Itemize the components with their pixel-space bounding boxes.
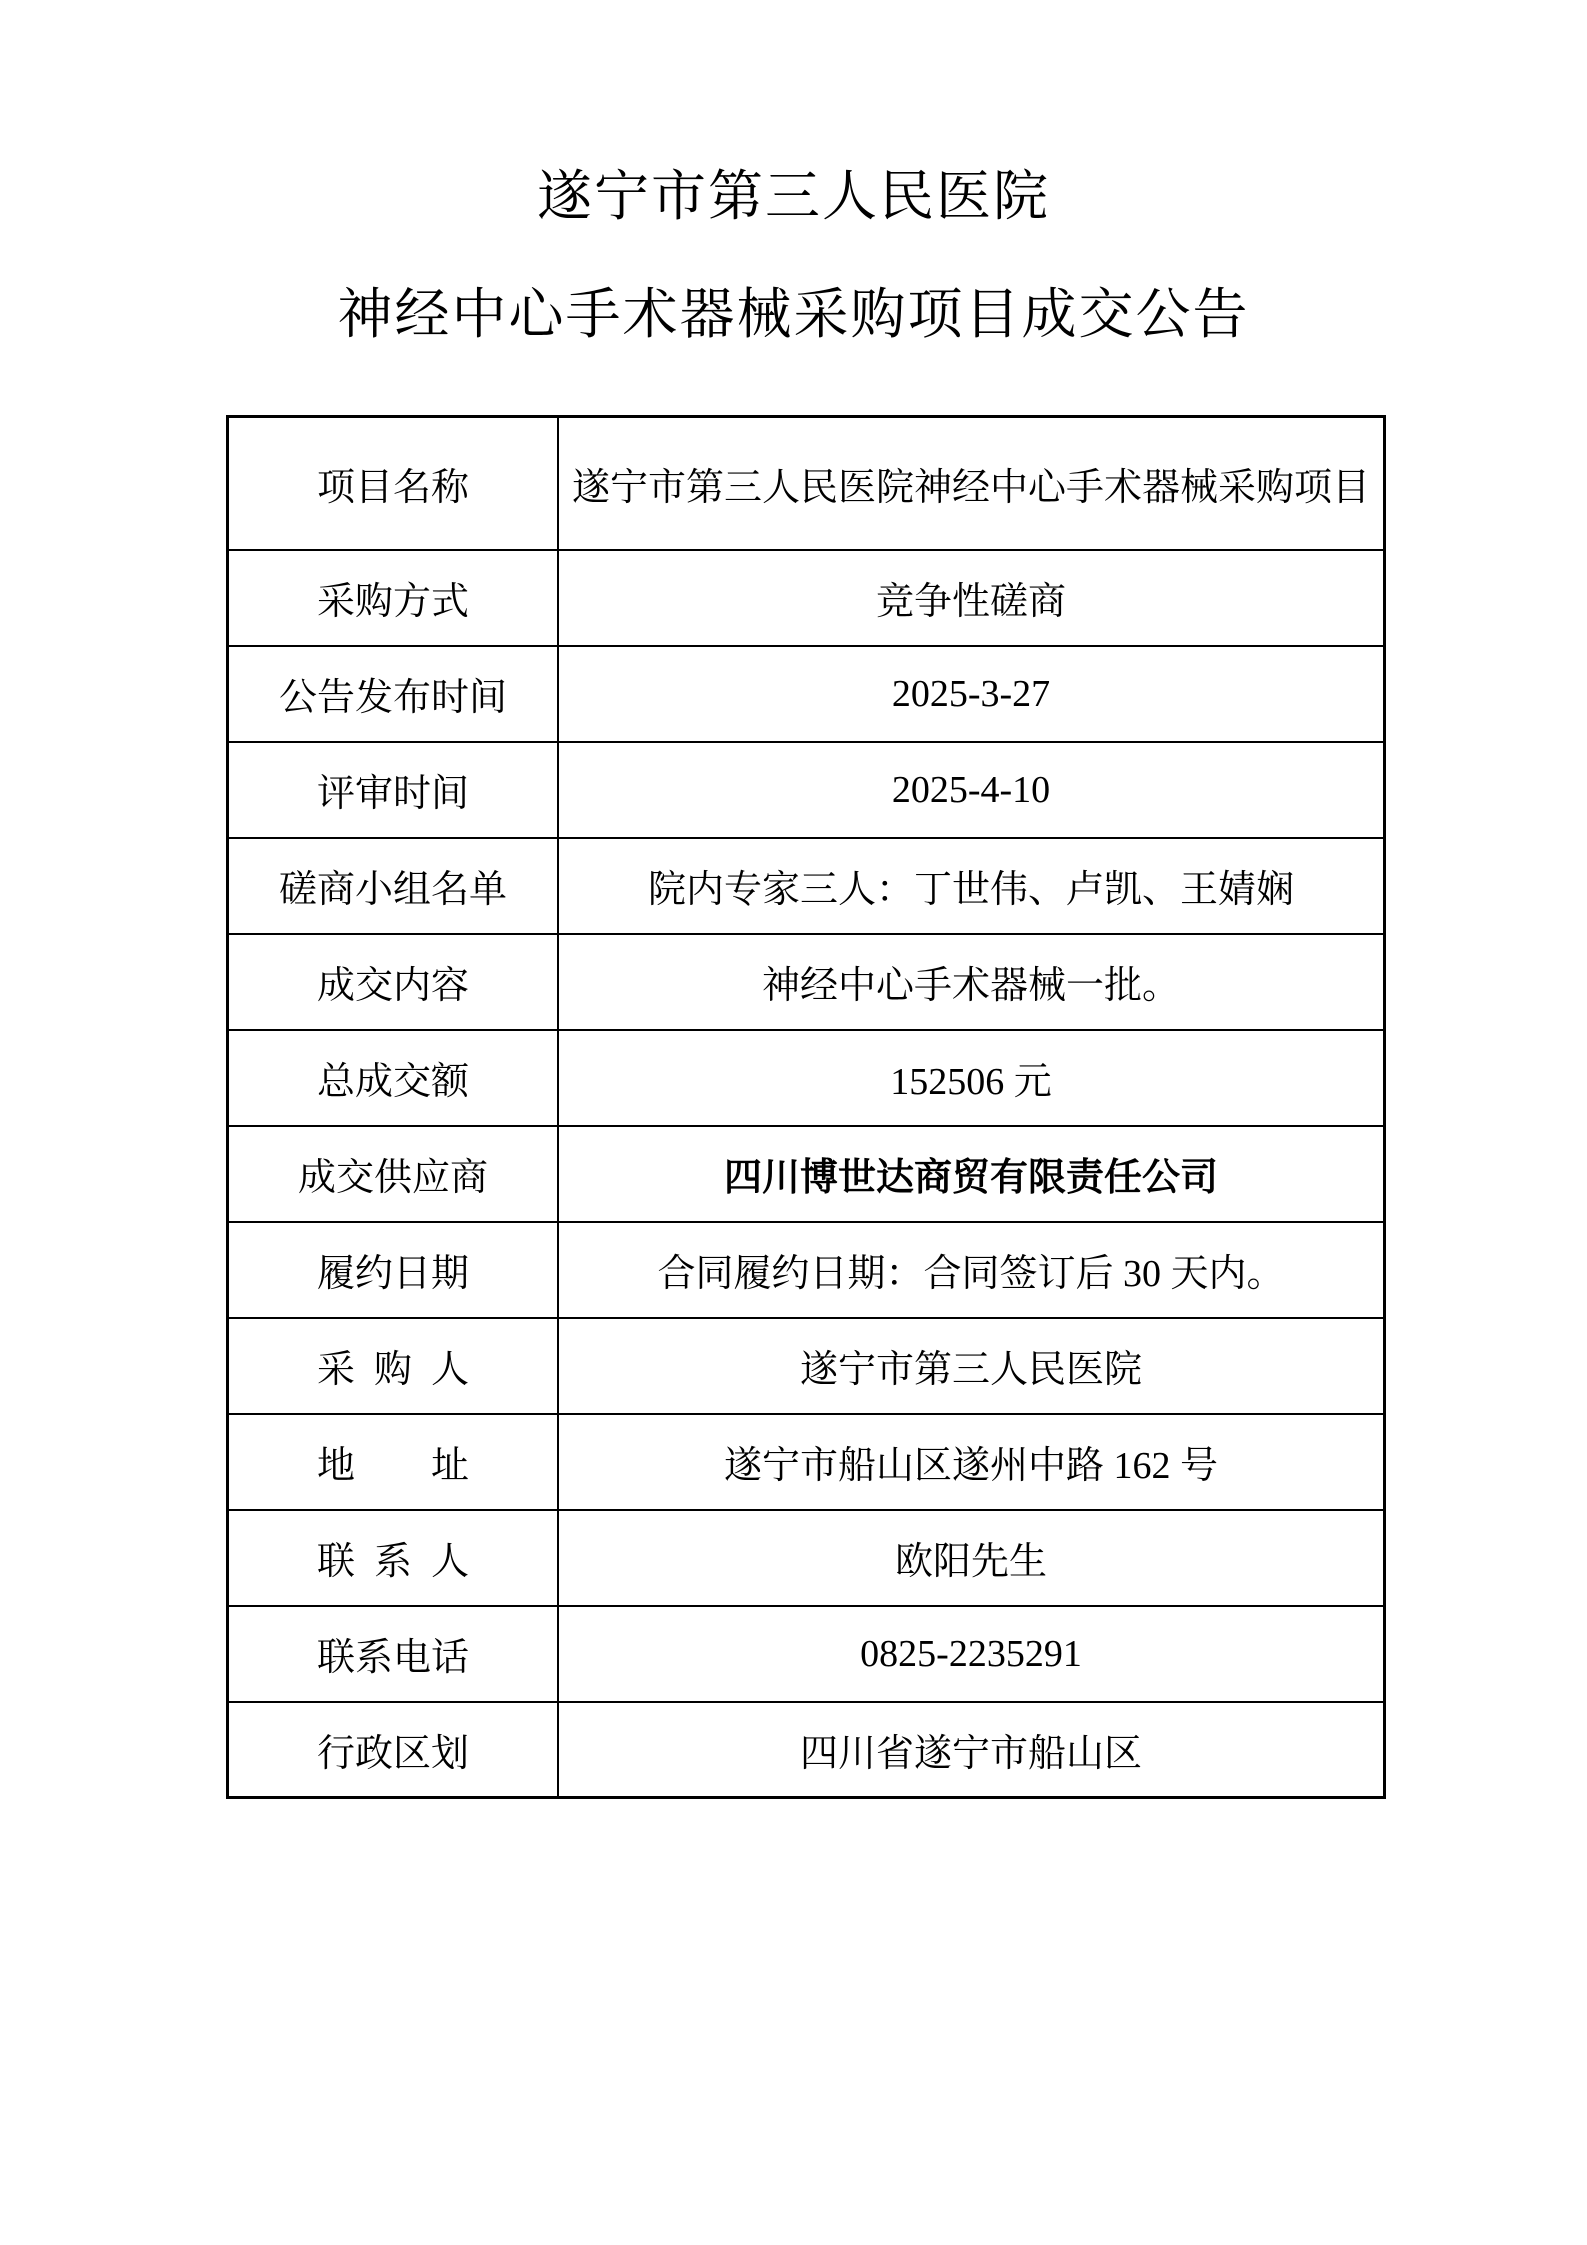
row-label-project-name: 项目名称 [228, 417, 559, 550]
document-title-line1: 遂宁市第三人民医院 [0, 138, 1587, 256]
table-row: 地 址 遂宁市船山区遂州中路 162 号 [228, 1414, 1385, 1510]
row-label-total-amount: 总成交额 [228, 1030, 559, 1126]
row-label-award-content: 成交内容 [228, 934, 559, 1030]
row-value-total-amount: 152506 元 [558, 1030, 1385, 1126]
row-label-purchaser: 采 购 人 [228, 1318, 559, 1414]
table-row: 联 系 人 欧阳先生 [228, 1510, 1385, 1606]
table-row: 评审时间 2025-4-10 [228, 742, 1385, 838]
row-value-review-date: 2025-4-10 [558, 742, 1385, 838]
table-row: 成交内容 神经中心手术器械一批。 [228, 934, 1385, 1030]
row-label-review-date: 评审时间 [228, 742, 559, 838]
table-row: 履约日期 合同履约日期：合同签订后 30 天内。 [228, 1222, 1385, 1318]
table-row: 项目名称 遂宁市第三人民医院神经中心手术器械采购项目 [228, 417, 1385, 550]
table-row: 公告发布时间 2025-3-27 [228, 646, 1385, 742]
table-row: 联系电话 0825-2235291 [228, 1606, 1385, 1702]
row-label-announce-date: 公告发布时间 [228, 646, 559, 742]
award-info-table: 项目名称 遂宁市第三人民医院神经中心手术器械采购项目 采购方式 竞争性磋商 公告… [226, 415, 1386, 1799]
row-label-address: 地 址 [228, 1414, 559, 1510]
table-row: 成交供应商 四川博世达商贸有限责任公司 [228, 1126, 1385, 1222]
row-label-procurement-method: 采购方式 [228, 550, 559, 646]
row-value-admin-region: 四川省遂宁市船山区 [558, 1702, 1385, 1798]
table-row: 磋商小组名单 院内专家三人：丁世伟、卢凯、王婧娴 [228, 838, 1385, 934]
row-label-contact-phone: 联系电话 [228, 1606, 559, 1702]
row-value-winning-supplier: 四川博世达商贸有限责任公司 [558, 1126, 1385, 1222]
document-title-line2: 神经中心手术器械采购项目成交公告 [0, 256, 1587, 374]
row-label-panel-members: 磋商小组名单 [228, 838, 559, 934]
row-value-panel-members: 院内专家三人：丁世伟、卢凯、王婧娴 [558, 838, 1385, 934]
row-label-admin-region: 行政区划 [228, 1702, 559, 1798]
table-row: 采购方式 竞争性磋商 [228, 550, 1385, 646]
table-row: 采 购 人 遂宁市第三人民医院 [228, 1318, 1385, 1414]
row-label-winning-supplier: 成交供应商 [228, 1126, 559, 1222]
table-row: 总成交额 152506 元 [228, 1030, 1385, 1126]
row-value-contact-person: 欧阳先生 [558, 1510, 1385, 1606]
row-value-performance-date: 合同履约日期：合同签订后 30 天内。 [558, 1222, 1385, 1318]
row-value-project-name: 遂宁市第三人民医院神经中心手术器械采购项目 [558, 417, 1385, 550]
row-label-contact-person: 联 系 人 [228, 1510, 559, 1606]
row-label-performance-date: 履约日期 [228, 1222, 559, 1318]
row-value-procurement-method: 竞争性磋商 [558, 550, 1385, 646]
table-row: 行政区划 四川省遂宁市船山区 [228, 1702, 1385, 1798]
row-value-purchaser: 遂宁市第三人民医院 [558, 1318, 1385, 1414]
row-value-award-content: 神经中心手术器械一批。 [558, 934, 1385, 1030]
row-value-announce-date: 2025-3-27 [558, 646, 1385, 742]
row-value-address: 遂宁市船山区遂州中路 162 号 [558, 1414, 1385, 1510]
document-title: 遂宁市第三人民医院 神经中心手术器械采购项目成交公告 [0, 138, 1587, 374]
row-value-contact-phone: 0825-2235291 [558, 1606, 1385, 1702]
